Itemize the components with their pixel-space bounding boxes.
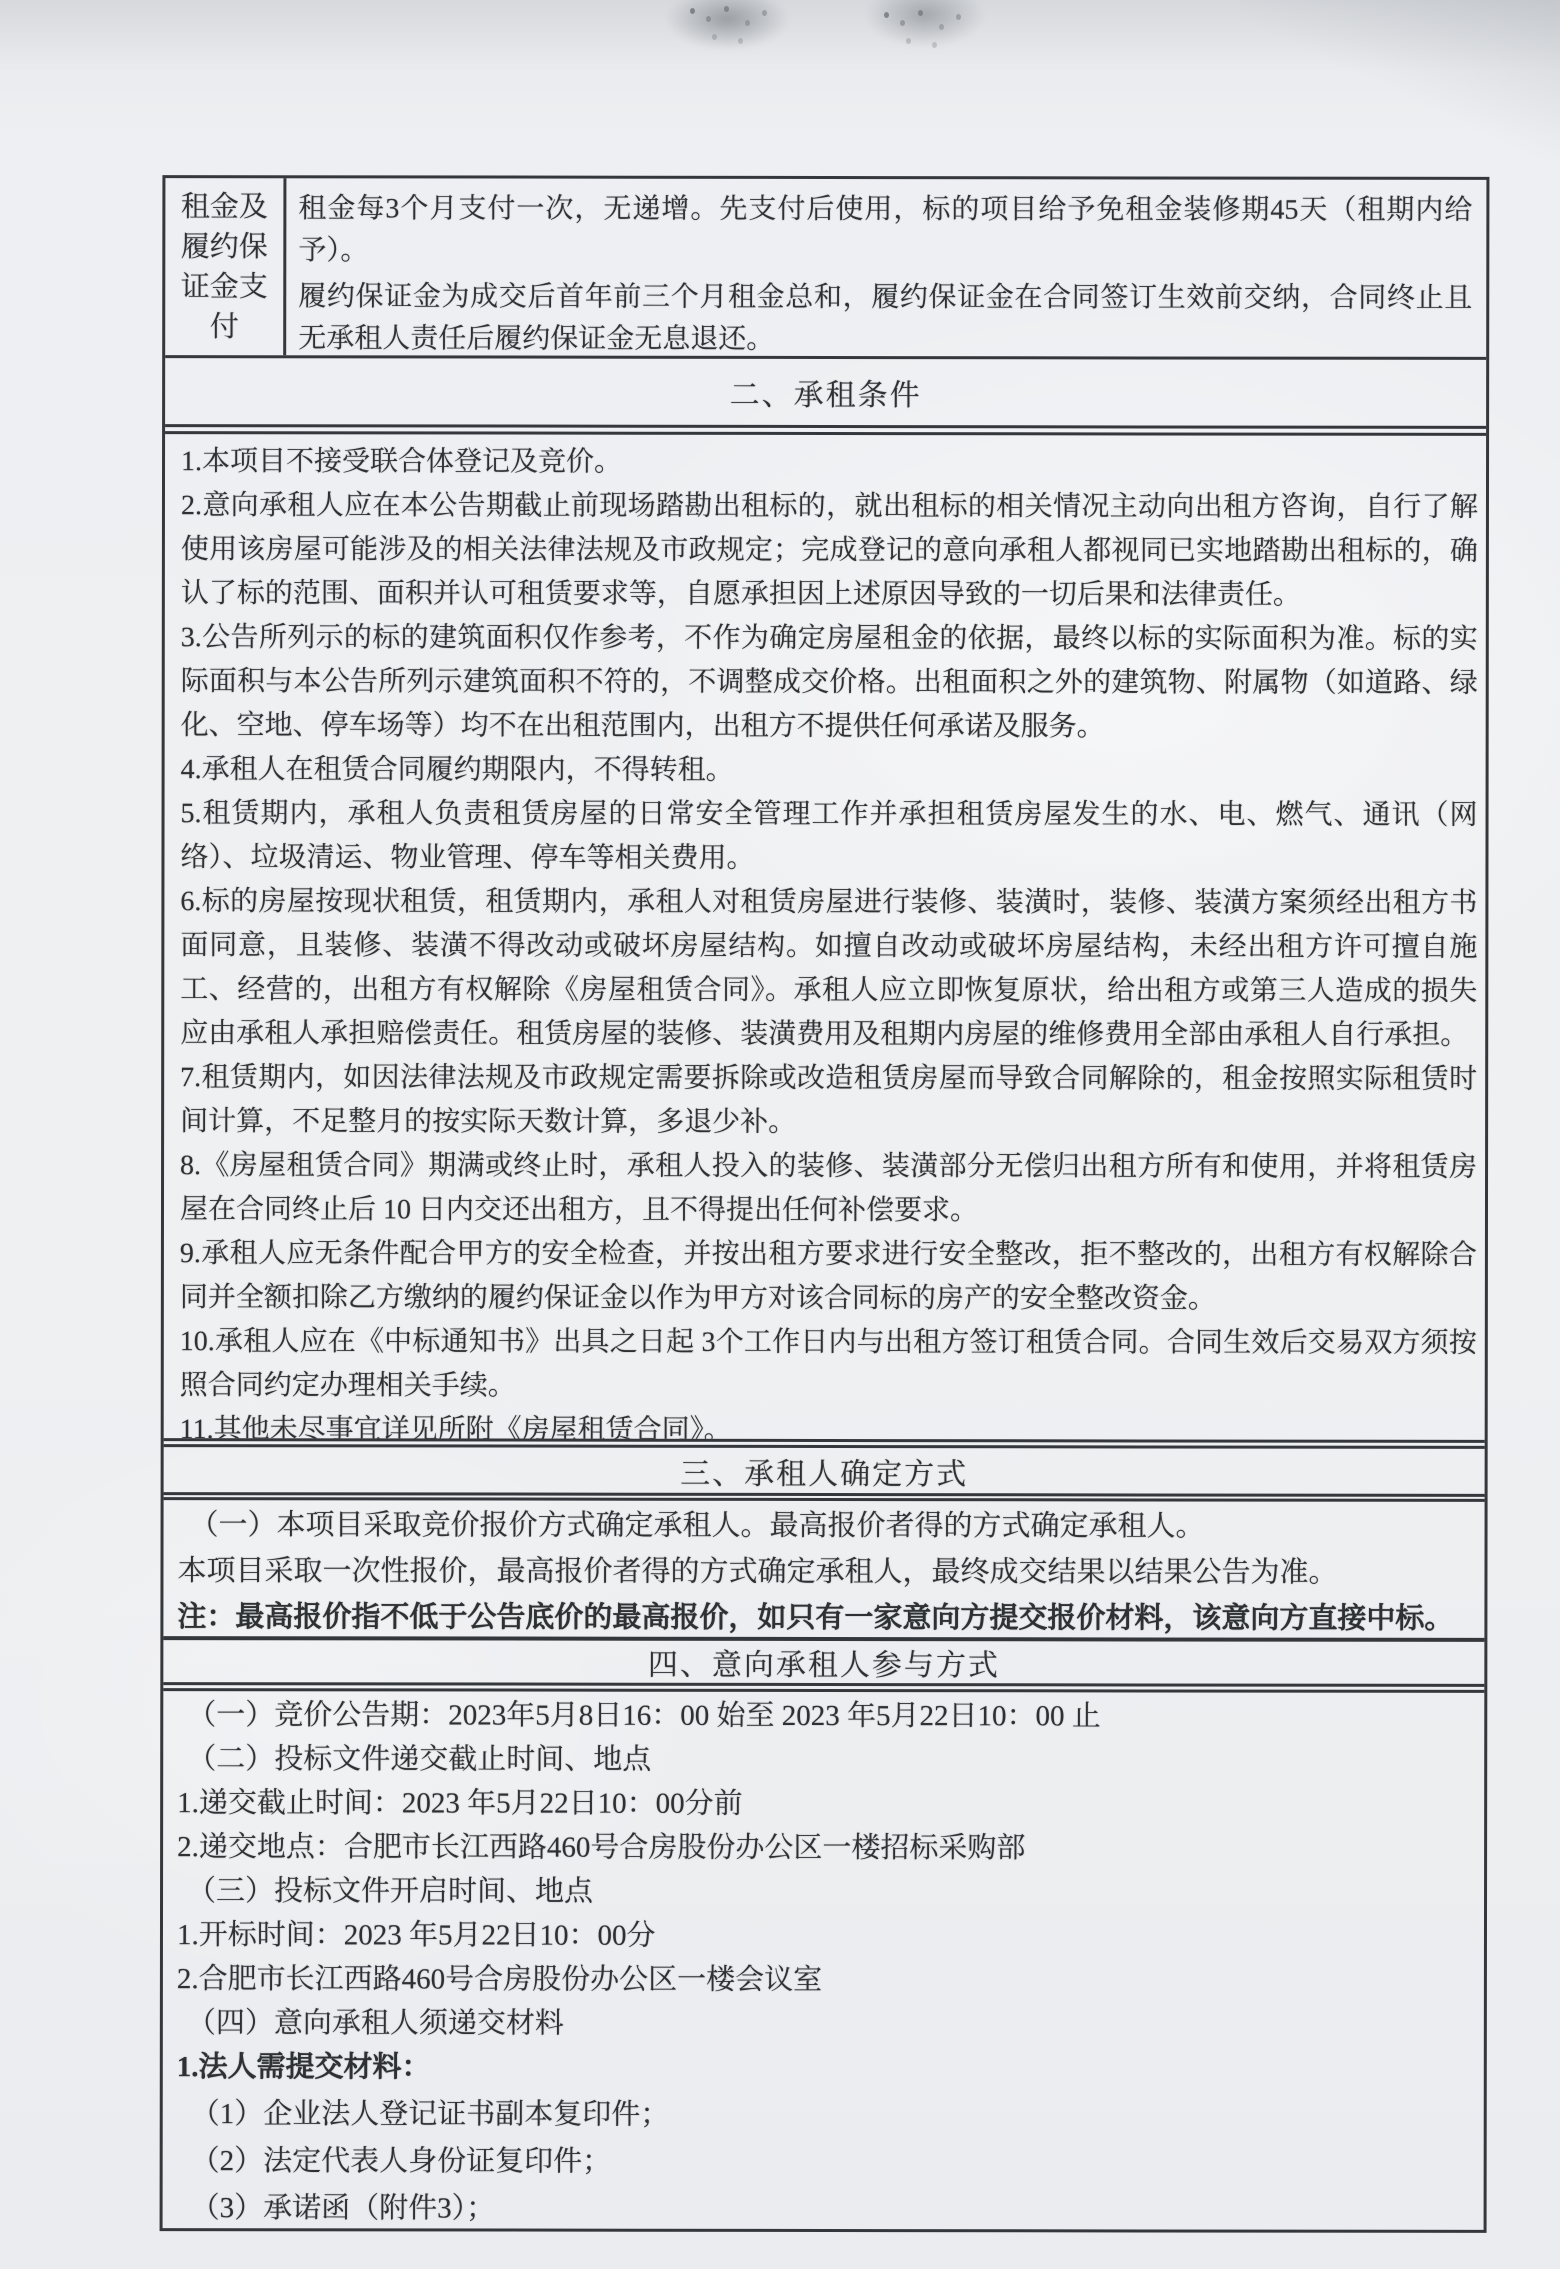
lease-condition-item: 1.本项目不接受联合体登记及竞价。 <box>181 440 1478 486</box>
lease-condition-item: 4.承租人在租赁合同履约期限内，不得转租。 <box>181 748 1478 794</box>
scan-speckles <box>884 12 889 18</box>
required-material-item: （2）法定代表人身份证复印件； <box>175 2139 1476 2185</box>
lease-condition-item: 6.标的房屋按现状租赁，租赁期内，承租人对租赁房屋进行装修、装潢时，装修、装潢方… <box>180 880 1477 1058</box>
section4-title: 四、意向承租人参与方式 <box>648 1640 1000 1684</box>
lease-condition-item: 11.其他未尽事宜详见所附《房屋租赁合同》。 <box>180 1408 1477 1449</box>
payment-terms-row: 租金及履约保证金支付 租金每3个月支付一次，无递增。先支付后使用，标的项目给予免… <box>165 178 1486 360</box>
lease-condition-item: 7.租赁期内，如因法律法规及市政规定需要拆除或改造租赁房屋而导致合同解除的，租金… <box>180 1056 1477 1146</box>
scan-corner-shadow <box>1240 0 1560 160</box>
section3-header-row: 三、承租人确定方式 <box>164 1447 1485 1502</box>
payment-row-header-cell: 租金及履约保证金支付 <box>165 178 286 355</box>
participation-line: （四）意向承租人须递交材料 <box>175 2001 1476 2047</box>
lease-condition-item: 9.承租人应无条件配合甲方的安全检查，并按出租方要求进行安全整改，拒不整改的，出… <box>180 1232 1477 1322</box>
lease-condition-item: 2.意向承租人应在本公告期截止前现场踏勘出租标的，就出租标的相关情况主动向出租方… <box>181 484 1478 618</box>
section2-body-cell: 1.本项目不接受联合体登记及竞价。 2.意向承租人应在本公告期截止前现场踏勘出租… <box>164 434 1486 1449</box>
required-material-item: （1）企业法人登记证书副本复印件； <box>175 2092 1476 2138</box>
participation-line: 1.开标时间：2023 年5月22日10：00分 <box>175 1913 1476 1959</box>
highest-bid-note: 注：最高报价指不低于公告底价的最高报价，如只有一家意向方提交报价材料，该意向方直… <box>177 1594 1476 1642</box>
lease-condition-item: 3.公告所列示的标的建筑面积仅作参考，不作为确定房屋租金的依据，最终以标的实际面… <box>181 616 1478 750</box>
payment-paragraph-1: 租金每3个月支付一次，无递增。先支付后使用，标的项目给予免租金装修期45天（租期… <box>298 188 1472 274</box>
participation-line: （一）竞价公告期：2023年5月8日16：00 始至 2023 年5月22日10… <box>175 1693 1476 1739</box>
lease-condition-item: 10.承租人应在《中标通知书》出具之日起 3个工作日内与出租方签订租赁合同。合同… <box>180 1320 1477 1410</box>
scan-speckles <box>690 8 695 14</box>
section4-header-row: 四、意向承租人参与方式 <box>163 1640 1484 1693</box>
participation-line: （二）投标文件递交截止时间、地点 <box>175 1737 1476 1783</box>
participation-line: 2.递交地点：合肥市长江西路460号合房股份办公区一楼招标采购部 <box>175 1825 1476 1871</box>
section3-body-cell: （一）本项目采取竞价报价方式确定承租人。最高报价者得的方式确定承租人。 本项目采… <box>163 1500 1484 1642</box>
scanned-document-page: 租金及履约保证金支付 租金每3个月支付一次，无递增。先支付后使用，标的项目给予免… <box>0 0 1560 2269</box>
section4-body-cell: （一）竞价公告期：2023年5月8日16：00 始至 2023 年5月22日10… <box>163 1691 1485 2230</box>
legal-person-materials-heading: 1.法人需提交材料： <box>175 2045 1476 2091</box>
participation-line: （三）投标文件开启时间、地点 <box>175 1869 1476 1915</box>
section3-title: 三、承租人确定方式 <box>680 1448 968 1492</box>
payment-paragraph-2: 履约保证金为成交后首年前三个月租金总和，履约保证金在合同签订生效前交纳，合同终止… <box>298 276 1472 362</box>
participation-line: 1.递交截止时间：2023 年5月22日10：00分前 <box>175 1781 1476 1827</box>
lease-condition-item: 5.租赁期内，承租人负责租赁房屋的日常安全管理工作并承担租赁房屋发生的水、电、燃… <box>180 792 1477 882</box>
lease-condition-item: 8.《房屋租赁合同》期满或终止时，承租人投入的装修、装潢部分无偿归出租方所有和使… <box>180 1144 1477 1234</box>
required-material-item: （3）承诺函（附件3）； <box>175 2186 1476 2230</box>
payment-row-label: 租金及履约保证金支付 <box>178 187 270 347</box>
section2-title: 二、承租条件 <box>730 370 922 414</box>
participation-line: 2.合肥市长江西路460号合房股份办公区一楼会议室 <box>175 1957 1476 2003</box>
tenant-determination-line: （一）本项目采取竞价报价方式确定承租人。最高报价者得的方式确定承租人。 <box>178 1502 1477 1550</box>
announcement-table: 租金及履约保证金支付 租金每3个月支付一次，无递增。先支付后使用，标的项目给予免… <box>160 175 1490 2233</box>
section2-header-row: 二、承租条件 <box>165 358 1486 436</box>
tenant-determination-line: 本项目采取一次性报价，最高报价者得的方式确定承租人，最终成交结果以结果公告为准。 <box>177 1548 1476 1596</box>
payment-row-content-cell: 租金每3个月支付一次，无递增。先支付后使用，标的项目给予免租金装修期45天（租期… <box>286 178 1486 357</box>
